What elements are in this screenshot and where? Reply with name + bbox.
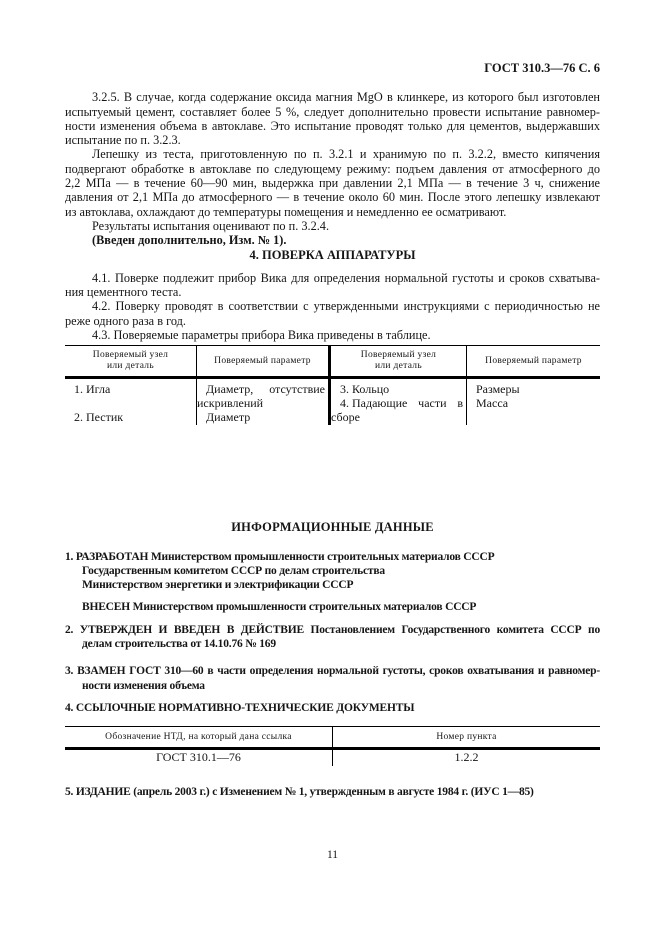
cell-line: Масса: [467, 396, 600, 410]
table-cell-parameters: Размеры Масса: [467, 379, 600, 425]
paragraph-3-2-5: 3.2.5. В случае, когда содержание оксида…: [65, 90, 600, 147]
info-line: 4. ССЫЛОЧНЫЕ НОРМАТИВНО-ТЕХНИЧЕСКИЕ ДОКУ…: [65, 701, 600, 715]
table-header-cell: Обозначение НТД, на который дана ссылка: [65, 727, 333, 747]
info-line: 1. РАЗРАБОТАН Министерством промышленнос…: [65, 550, 600, 564]
table-cell-ntd: ГОСТ 310.1—76: [65, 750, 333, 766]
section-4-heading: 4. ПОВЕРКА АППАРАТУРЫ: [65, 248, 600, 262]
paragraph-results: Результаты испытания оценивают по п. 3.2…: [65, 219, 600, 248]
cell-line: 1. Игла: [65, 382, 196, 396]
page-content: ГОСТ 310.3—76 С. 6 3.2.5. В случае, когд…: [65, 0, 600, 862]
paragraph-line: 4.1. Поверке подлежит прибор Вика для оп…: [65, 271, 600, 285]
amendment-note: (Введен дополнительно, Изм. № 1).: [65, 233, 600, 247]
header-line: или деталь: [335, 361, 462, 372]
paragraph-line: 2,2 МПа — в течение 60—90 мин, выдержка …: [65, 176, 600, 190]
paragraph-lepeshka: Лепешку из теста, приготовленную по п. 3…: [65, 147, 600, 218]
info-line: ности изменения объема: [65, 679, 600, 693]
paragraph-line: 4.3. Поверяемые параметры прибора Вика п…: [65, 328, 600, 342]
cell-line: 2. Пестик: [65, 410, 196, 424]
reference-documents-table: Обозначение НТД, на который дана ссылка …: [65, 726, 600, 766]
paragraph-line: 4.2. Поверку проводят в соответствии с у…: [65, 299, 600, 313]
cell-line: искривлений: [197, 396, 328, 410]
table-header-cell: Поверяемый параметр: [197, 346, 331, 376]
table-header-cell: Поверяемый узел или деталь: [331, 346, 467, 376]
header-line: Поверяемый узел: [335, 350, 462, 361]
table-header-row: Поверяемый узел или деталь Поверяемый па…: [65, 346, 600, 379]
table-header-row: Обозначение НТД, на который дана ссылка …: [65, 727, 600, 750]
info-line: 2. УТВЕРЖДЕН И ВВЕДЕН В ДЕЙСТВИЕ Постано…: [65, 623, 600, 637]
info-line: 3. ВЗАМЕН ГОСТ 310—60 в части определени…: [65, 664, 600, 678]
info-line: ВНЕСЕН Министерством промышленности стро…: [65, 600, 600, 614]
cell-word: в: [457, 396, 463, 410]
info-item-3: 3. ВЗАМЕН ГОСТ 310—60 в части определени…: [65, 664, 600, 693]
info-item-5: 5. ИЗДАНИЕ (апрель 2003 г.) с Изменением…: [65, 785, 600, 799]
paragraph-line: ния цементного теста.: [65, 285, 600, 299]
paragraph-line: испытание по п. 3.2.3.: [65, 133, 600, 147]
paragraph-line: давления от 2,1 МПа до атмосферного — в …: [65, 190, 600, 204]
paragraph-line: Результаты испытания оценивают по п. 3.2…: [65, 219, 600, 233]
cell-line: Диаметр, отсутствие: [197, 382, 328, 396]
header-line: или деталь: [69, 361, 192, 372]
table-cell-units: 3. Кольцо 4. Падающие части в сборе: [331, 379, 467, 425]
table-header-cell: Номер пункта: [333, 727, 600, 747]
paragraph-4-3: 4.3. Поверяемые параметры прибора Вика п…: [65, 328, 600, 342]
table-cell-units: 1. Игла 2. Пестик: [65, 379, 197, 425]
paragraph-line: Лепешку из теста, приготовленную по п. 3…: [65, 147, 600, 161]
running-header: ГОСТ 310.3—76 С. 6: [65, 61, 600, 75]
info-vnesen: ВНЕСЕН Министерством промышленности стро…: [65, 600, 600, 614]
info-data-heading: ИНФОРМАЦИОННЫЕ ДАННЫЕ: [65, 520, 600, 534]
table-body-row: 1. Игла 2. Пестик Диаметр, отсутствие ис…: [65, 379, 600, 425]
paragraph-line: ности изменения объема в автоклаве. Это …: [65, 119, 600, 133]
paragraph-line: реже одного раза в год.: [65, 314, 600, 328]
cell-line: сборе: [331, 410, 466, 424]
info-line: делам строительства от 14.10.76 № 169: [65, 637, 600, 651]
paragraph-line: подвергают обработке в автоклаве по след…: [65, 162, 600, 176]
page-number: 11: [65, 848, 600, 862]
cell-line: 4. Падающие части в: [331, 396, 466, 410]
table-cell-clause: 1.2.2: [333, 750, 600, 766]
cell-word: части: [418, 396, 446, 410]
cell-word: отсутствие: [269, 382, 325, 396]
info-line: Министерством энергетики и электрификаци…: [65, 578, 600, 592]
info-item-2: 2. УТВЕРЖДЕН И ВВЕДЕН В ДЕЙСТВИЕ Постано…: [65, 623, 600, 652]
cell-word: 4. Падающие: [340, 396, 407, 410]
paragraph-4-1: 4.1. Поверке подлежит прибор Вика для оп…: [65, 271, 600, 300]
table-header-cell: Поверяемый узел или деталь: [65, 346, 197, 376]
document-page: ГОСТ 310.3—76 С. 6 3.2.5. В случае, когд…: [0, 0, 661, 936]
cell-line: Диаметр: [197, 410, 328, 424]
table-cell-parameters: Диаметр, отсутствие искривлений Диаметр: [197, 379, 331, 425]
info-line: 5. ИЗДАНИЕ (апрель 2003 г.) с Изменением…: [65, 785, 600, 799]
paragraph-line: 3.2.5. В случае, когда содержание оксида…: [65, 90, 600, 104]
header-line: Поверяемый параметр: [201, 356, 324, 367]
info-item-4: 4. ССЫЛОЧНЫЕ НОРМАТИВНО-ТЕХНИЧЕСКИЕ ДОКУ…: [65, 701, 600, 715]
cell-line: 3. Кольцо: [331, 382, 466, 396]
info-item-1: 1. РАЗРАБОТАН Министерством промышленнос…: [65, 550, 600, 593]
table-body-row: ГОСТ 310.1—76 1.2.2: [65, 750, 600, 766]
cell-line: Размеры: [467, 382, 600, 396]
header-line: Поверяемый узел: [69, 350, 192, 361]
info-line: Государственным комитетом СССР по делам …: [65, 564, 600, 578]
vicat-verification-table: Поверяемый узел или деталь Поверяемый па…: [65, 345, 600, 425]
table-header-cell: Поверяемый параметр: [467, 346, 600, 376]
header-line: Поверяемый параметр: [471, 356, 596, 367]
cell-word: Диаметр,: [206, 382, 253, 396]
paragraph-4-2: 4.2. Поверку проводят в соответствии с у…: [65, 299, 600, 328]
paragraph-line: из автоклава, охлаждают до температуры п…: [65, 205, 600, 219]
paragraph-line: испытуемый цемент, составляет более 5 %,…: [65, 105, 600, 119]
